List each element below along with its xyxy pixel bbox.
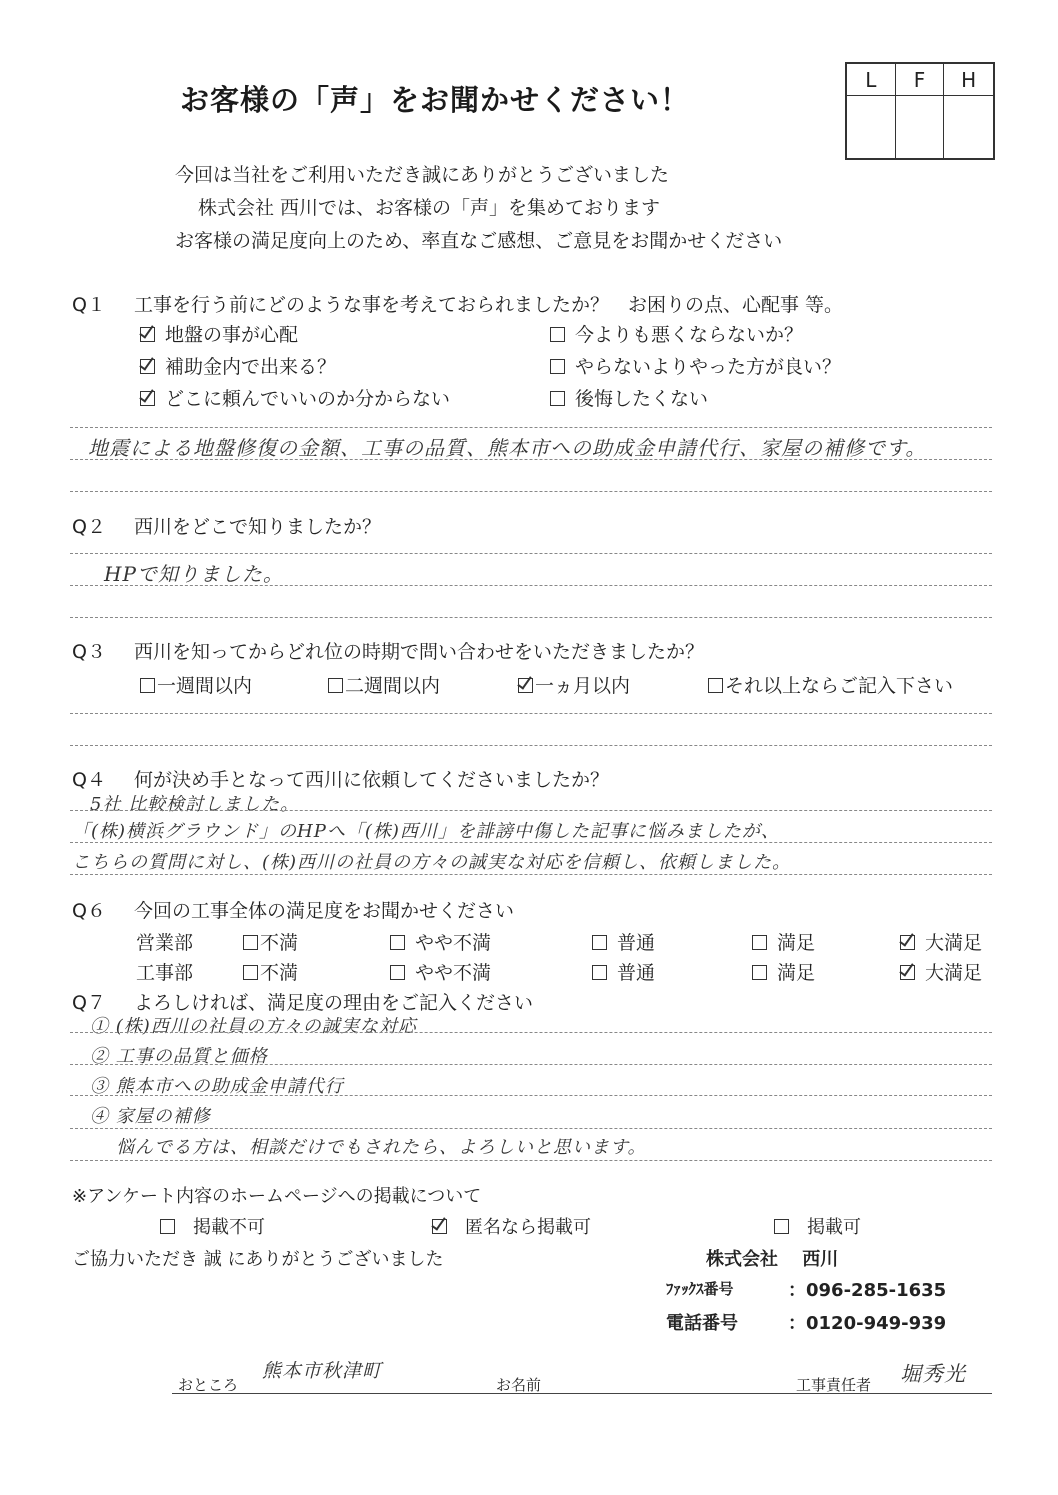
q7-number: Q７ xyxy=(72,988,134,1015)
answer-line xyxy=(70,1160,992,1161)
checkbox-icon[interactable] xyxy=(752,935,767,950)
thanks-message: ご協力いただき 誠 にありがとうございました xyxy=(72,1245,443,1271)
q2-question: Q２西川をどこで知りましたか？ xyxy=(72,512,381,539)
checkbox-checked-icon[interactable] xyxy=(140,391,155,406)
answer-line xyxy=(70,810,992,811)
checkbox-icon[interactable] xyxy=(390,935,405,950)
company-name: 株式会社 西川 xyxy=(706,1245,838,1271)
answer-line xyxy=(70,491,992,492)
tel-label: 電話番号 xyxy=(666,1309,738,1335)
checkbox-icon[interactable] xyxy=(140,678,155,693)
answer-line xyxy=(70,1064,992,1065)
checkbox-checked-icon[interactable] xyxy=(140,327,155,342)
q6-construction-option-1[interactable]: 不満 xyxy=(243,958,298,985)
q1-option-6[interactable]: 後悔したくない xyxy=(550,384,708,411)
answer-line xyxy=(70,745,992,746)
checkbox-checked-icon[interactable] xyxy=(900,935,915,950)
address-value[interactable]: 熊本市秋津町 xyxy=(262,1356,382,1383)
checkbox-checked-icon[interactable] xyxy=(140,359,155,374)
answer-line xyxy=(70,842,992,843)
checkbox-icon[interactable] xyxy=(328,678,343,693)
checkbox-icon[interactable] xyxy=(592,965,607,980)
q4-answer-line-1[interactable]: 5社 比較検討しました。 xyxy=(90,790,299,816)
q7-text: よろしければ、満足度の理由をご記入ください xyxy=(134,992,533,1014)
q6-sales-option-4[interactable]: 満足 xyxy=(752,928,815,955)
q6-dept-sales: 営業部 xyxy=(136,928,193,955)
q1-option-5[interactable]: どこに頼んでいいのか分からない xyxy=(140,384,450,411)
q4-text: 何が決め手となって西川に依頼してくださいましたか？ xyxy=(134,769,609,791)
answer-line xyxy=(70,1032,992,1033)
q3-option-3[interactable]: 一ヵ月以内 xyxy=(518,671,630,698)
q4-answer-line-2[interactable]: 「(株)横浜グラウンド」のHPへ「(株)西川」を誹謗中傷した記事に悩みましたが、 xyxy=(72,817,780,843)
lfh-h-cell[interactable] xyxy=(944,96,993,158)
checkbox-icon[interactable] xyxy=(550,327,565,342)
answer-line xyxy=(70,1095,992,1096)
q6-sales-option-2[interactable]: やや不満 xyxy=(390,928,491,955)
q3-number: Q３ xyxy=(72,637,134,664)
manager-label: 工事責任者 xyxy=(796,1374,871,1395)
q2-answer[interactable]: HPで知りました。 xyxy=(104,558,284,587)
checkbox-checked-icon[interactable] xyxy=(900,965,915,980)
answer-line xyxy=(70,427,992,428)
checkbox-icon[interactable] xyxy=(752,965,767,980)
signature-line xyxy=(172,1393,992,1394)
address-label: おところ xyxy=(178,1374,238,1395)
q3-option-2[interactable]: 二週間以内 xyxy=(328,671,440,698)
q6-sales-option-5[interactable]: 大満足 xyxy=(900,928,982,955)
checkbox-icon[interactable] xyxy=(708,678,723,693)
answer-line xyxy=(70,585,992,586)
fax-label: ﾌｧｯｸｽ番号 xyxy=(666,1278,734,1299)
lfh-f-cell[interactable] xyxy=(896,96,945,158)
q1-option-4[interactable]: やらないよりやった方が良い？ xyxy=(550,352,841,379)
checkbox-icon[interactable] xyxy=(160,1219,175,1234)
q6-question: Q６今回の工事全体の満足度をお聞かせください xyxy=(72,896,514,923)
checkbox-icon[interactable] xyxy=(774,1219,789,1234)
lfh-h: H xyxy=(944,64,993,96)
q3-question: Q３西川を知ってからどれ位の時期で問い合わせをいただきましたか？ xyxy=(72,637,704,664)
checkbox-icon[interactable] xyxy=(592,935,607,950)
checkbox-icon[interactable] xyxy=(243,965,258,980)
q7-answer-line-1[interactable]: ① (株)西川の社員の方々の誠実な対応 xyxy=(90,1012,417,1038)
publish-option-1[interactable]: 掲載不可 xyxy=(160,1213,265,1239)
answer-line xyxy=(70,1128,992,1129)
checkbox-icon[interactable] xyxy=(390,965,405,980)
q1-option-2[interactable]: 今よりも悪くならないか？ xyxy=(550,320,803,347)
q6-dept-construction: 工事部 xyxy=(136,958,193,985)
q6-text: 今回の工事全体の満足度をお聞かせください xyxy=(134,900,514,922)
checkbox-icon[interactable] xyxy=(550,391,565,406)
q6-number: Q６ xyxy=(72,896,134,923)
answer-line xyxy=(70,713,992,714)
tel-number: ：0120-949-939 xyxy=(788,1309,946,1335)
intro-line-2: 株式会社 西川では、お客様の「声」を集めております xyxy=(198,193,660,220)
q4-answer-line-3[interactable]: こちらの質問に対し、(株)西川の社員の方々の誠実な対応を信頼し、依頼しました。 xyxy=(72,848,791,874)
q6-sales-option-3[interactable]: 普通 xyxy=(592,928,655,955)
q4-number: Q４ xyxy=(72,765,134,792)
lfh-l: L xyxy=(847,64,896,96)
checkbox-icon[interactable] xyxy=(550,359,565,374)
lfh-f: F xyxy=(896,64,945,96)
answer-line xyxy=(70,874,992,875)
q7-question: Q７よろしければ、満足度の理由をご記入ください xyxy=(72,988,533,1015)
q6-sales-option-1[interactable]: 不満 xyxy=(243,928,298,955)
q6-construction-option-2[interactable]: やや不満 xyxy=(390,958,491,985)
lfh-stamp-box: L F H xyxy=(845,62,995,160)
q1-option-1[interactable]: 地盤の事が心配 xyxy=(140,320,298,347)
answer-line xyxy=(70,553,992,554)
q3-option-4[interactable]: それ以上ならご記入下さい xyxy=(708,671,953,698)
page-title: お客様の「声」をお聞かせください！ xyxy=(180,78,690,119)
q1-number: Q１ xyxy=(72,290,134,317)
answer-line xyxy=(70,459,992,460)
q7-answer-line-5[interactable]: 悩んでる方は、相談だけでもされたら、よろしいと思います。 xyxy=(116,1133,647,1159)
q2-number: Q２ xyxy=(72,512,134,539)
q2-text: 西川をどこで知りましたか？ xyxy=(134,516,381,538)
checkbox-icon[interactable] xyxy=(243,935,258,950)
q1-answer[interactable]: 地震による地盤修復の金額、工事の品質、熊本市への助成金申請代行、家屋の補修です。 xyxy=(88,432,926,461)
answer-line xyxy=(70,617,992,618)
q7-answer-line-4[interactable]: ④ 家屋の補修 xyxy=(90,1102,211,1128)
checkbox-checked-icon[interactable] xyxy=(518,678,533,693)
checkbox-checked-icon[interactable] xyxy=(432,1219,447,1234)
q6-construction-option-3[interactable]: 普通 xyxy=(592,958,655,985)
q3-option-1[interactable]: 一週間以内 xyxy=(140,671,252,698)
q1-option-3[interactable]: 補助金内で出来る？ xyxy=(140,352,336,379)
publish-option-2[interactable]: 匿名なら掲載可 xyxy=(432,1213,591,1239)
lfh-l-cell[interactable] xyxy=(847,96,896,158)
publish-option-3[interactable]: 掲載可 xyxy=(774,1213,861,1239)
q3-text: 西川を知ってからどれ位の時期で問い合わせをいただきましたか？ xyxy=(134,641,704,663)
fax-number: ：096-285-1635 xyxy=(788,1276,946,1302)
publish-consent-label: ※アンケート内容のホームページへの掲載について xyxy=(72,1182,481,1208)
q1-question: Q１工事を行う前にどのような事を考えておられましたか？ お困りの点、心配事 等。 xyxy=(72,290,843,317)
intro-line-1: 今回は当社をご利用いただき誠にありがとうございました xyxy=(175,160,669,187)
q4-question: Q４何が決め手となって西川に依頼してくださいましたか？ xyxy=(72,765,609,792)
q1-text: 工事を行う前にどのような事を考えておられましたか？ お困りの点、心配事 等。 xyxy=(134,294,843,316)
name-label: お名前 xyxy=(496,1374,541,1395)
q6-construction-option-4[interactable]: 満足 xyxy=(752,958,815,985)
q6-construction-option-5[interactable]: 大満足 xyxy=(900,958,982,985)
manager-value[interactable]: 堀秀光 xyxy=(900,1358,966,1388)
intro-line-3: お客様の満足度向上のため、率直なご感想、ご意見をお聞かせください xyxy=(175,226,782,253)
